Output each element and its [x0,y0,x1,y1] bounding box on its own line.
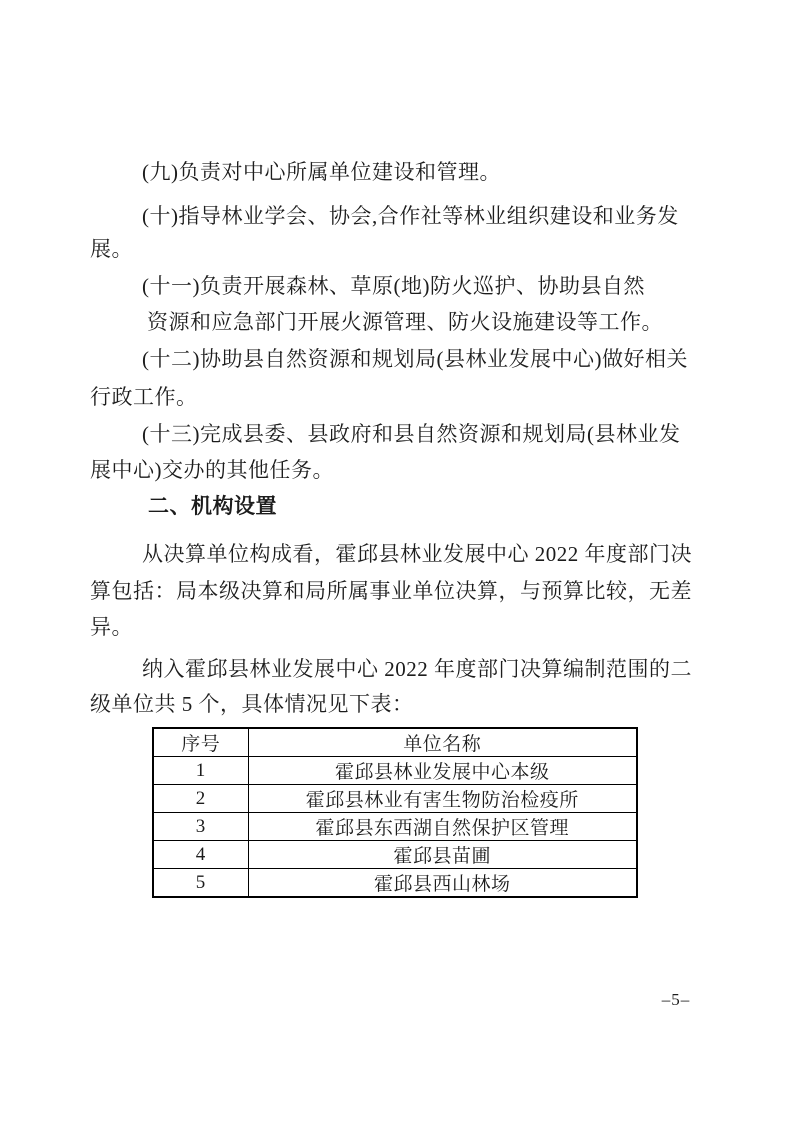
paragraph-line-duty-10: (十)指导林业学会、协会,合作社等林业组织建设和业务发 [142,203,679,229]
paragraph-line-duty-12: (十二)协助县自然资源和规划局(县林业发展中心)做好相关 [142,346,688,372]
page-number: –5– [655,991,697,1009]
table-cell-serial: 2 [153,785,248,813]
table-row: 2 霍邱县林业有害生物防治检疫所 [153,785,637,813]
table-cell-unit-name: 霍邱县林业发展中心本级 [248,757,637,785]
table-cell-serial: 5 [153,869,248,898]
paragraph-line-units-intro-1: 纳入霍邱县林业发展中心 2022 年度部门决算编制范围的二 [142,656,692,682]
paragraph-line-duty-11: (十一)负责开展森林、草原(地)防火巡护、协助县自然 [142,273,645,299]
table-header-unit-name: 单位名称 [248,728,637,757]
table-cell-unit-name: 霍邱县苗圃 [248,841,637,869]
paragraph-line-duty-13: (十三)完成县委、县政府和县自然资源和规划局(县林业发 [142,421,680,447]
table-row: 1 霍邱县林业发展中心本级 [153,757,637,785]
paragraph-line-budget-3: 异。 [90,614,133,640]
table-cell-unit-name: 霍邱县林业有害生物防治检疫所 [248,785,637,813]
paragraph-line-duty-12-cont: 行政工作。 [90,384,198,410]
paragraph-line-budget-1: 从决算单位构成看，霍邱县林业发展中心 2022 年度部门决 [142,541,692,567]
table-header-row: 序号 单位名称 [153,728,637,757]
paragraph-line-duty-10-cont: 展。 [90,236,133,262]
table-cell-serial: 1 [153,757,248,785]
table-row: 5 霍邱县西山林场 [153,869,637,898]
table-cell-serial: 4 [153,841,248,869]
table-cell-serial: 3 [153,813,248,841]
table-row: 4 霍邱县苗圃 [153,841,637,869]
table-header-serial-number: 序号 [153,728,248,757]
secondary-units-table: 序号 单位名称 1 霍邱县林业发展中心本级 2 霍邱县林业有害生物防治检疫所 3… [152,727,638,898]
paragraph-line-units-intro-2: 级单位共 5 个，具体情况见下表： [90,691,414,717]
document-page: (九)负责对中心所属单位建设和管理。 (十)指导林业学会、协会,合作社等林业组织… [0,0,793,1122]
paragraph-line-duty-11-cont: 资源和应急部门开展火源管理、防火设施建设等工作。 [147,309,663,335]
paragraph-line-duty-9: (九)负责对中心所属单位建设和管理。 [142,159,501,185]
paragraph-line-duty-13-cont: 展中心)交办的其他任务。 [90,457,334,483]
table-row: 3 霍邱县东西湖自然保护区管理 [153,813,637,841]
table-cell-unit-name: 霍邱县西山林场 [248,869,637,898]
table-cell-unit-name: 霍邱县东西湖自然保护区管理 [248,813,637,841]
section-heading-organization-setup: 二、机构设置 [148,494,277,520]
paragraph-line-budget-2: 算包括：局本级决算和局所属事业单位决算，与预算比较，无差 [90,578,692,604]
